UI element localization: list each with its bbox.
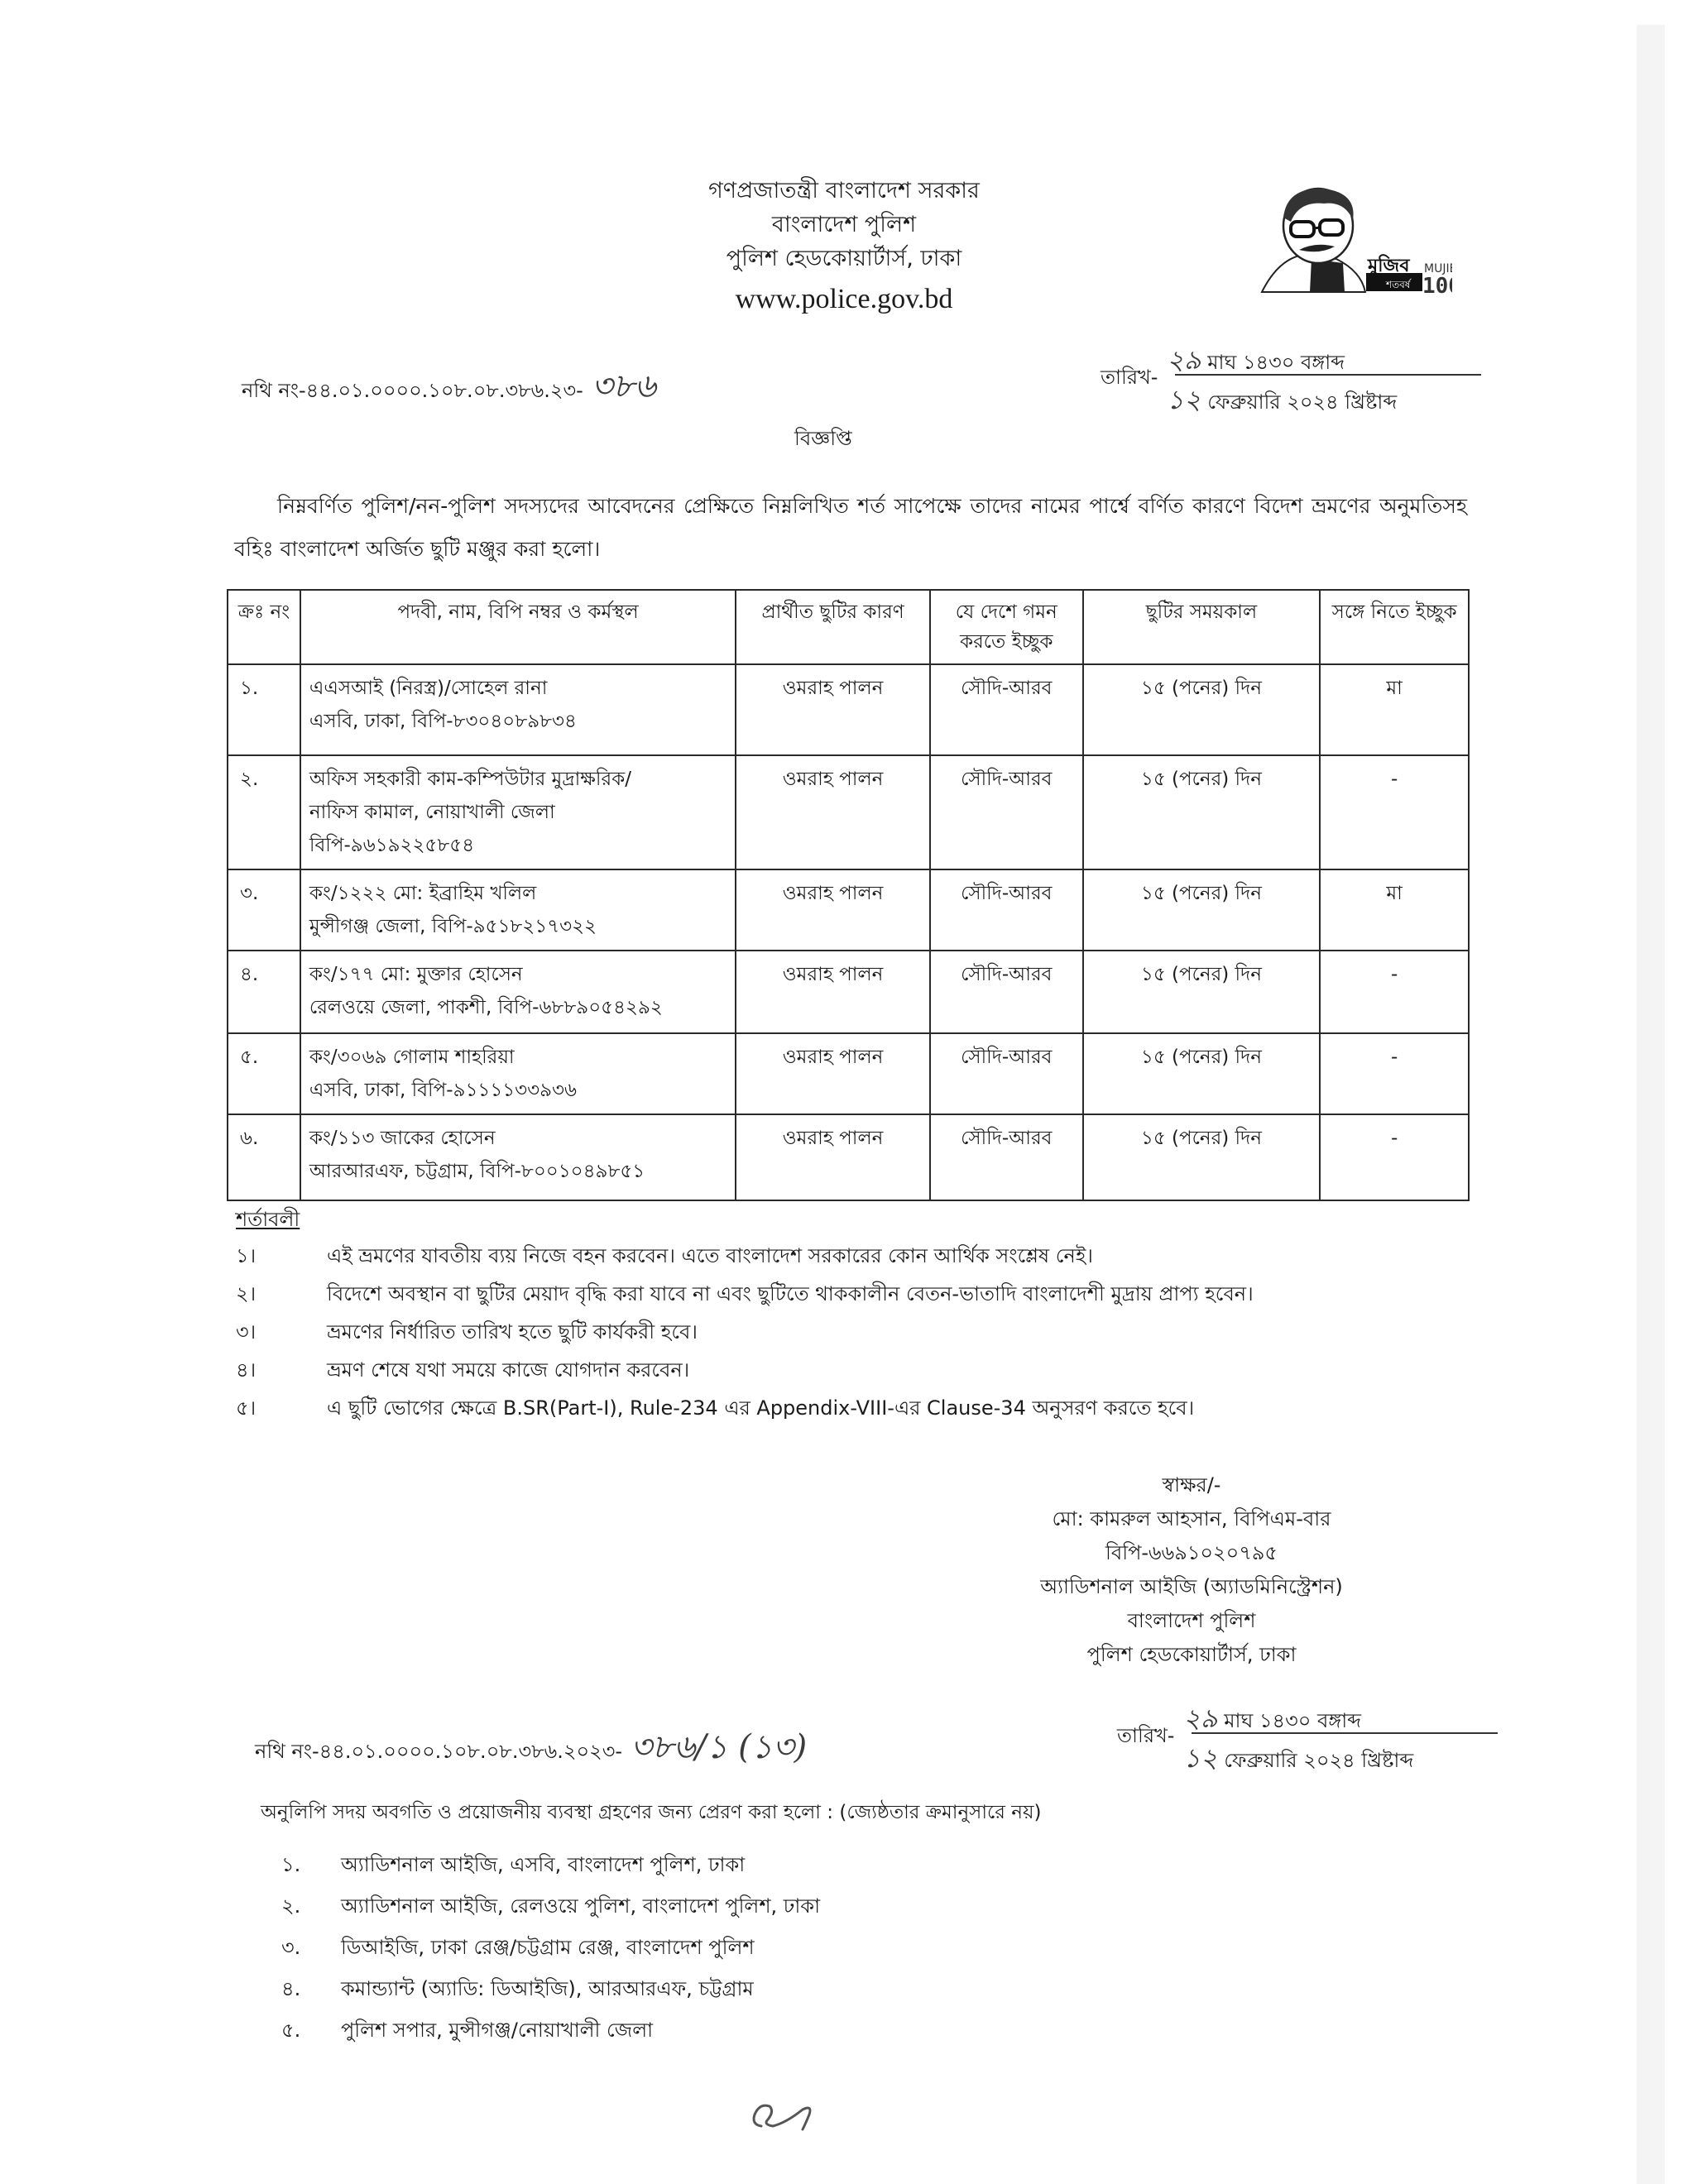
table-row: ৬.কং/১১৩ জাকের হোসেনআরআরএফ, চট্টগ্রাম, ব… (228, 1114, 1469, 1200)
memo2-label: নথি নং-৪৪.০১.০০০০.১০৮.০৮.৩৮৬.২০২৩- (255, 1740, 622, 1763)
cell-country: সৌদি-আরব (930, 1114, 1083, 1200)
recipient-text: অ্যাডিশনাল আইজি, রেলওয়ে পুলিশ, বাংলাদেশ… (341, 1894, 820, 1918)
cell-serial: ৪. (228, 951, 300, 1033)
header-reason: প্রার্থীত ছুটির কারণ (736, 590, 930, 664)
header-details: পদবী, নাম, বিপি নম্বর ও কর্মস্থল (300, 590, 736, 664)
cell-details: অফিস সহকারী কাম-কম্পিউটার মুদ্রাক্ষরিক/ন… (300, 755, 736, 869)
cell-serial: ৬. (228, 1114, 300, 1200)
cell-reason: ওমরাহ পালন (736, 1114, 930, 1200)
date-label: তারিখ- (1101, 362, 1158, 395)
cell-details: কং/১১৩ জাকের হোসেনআরআরএফ, চট্টগ্রাম, বিপ… (300, 1114, 736, 1200)
recipient-text: অ্যাডিশনাল আইজি, এসবি, বাংলাদেশ পুলিশ, ঢ… (341, 1853, 745, 1876)
recipient-text: ডিআইজি, ঢাকা রেঞ্জ/চট্টগ্রাম রেঞ্জ, বাংল… (341, 1936, 755, 1959)
table-row: ৫.কং/৩০৬৯ গোলাম শাহরিয়াএসবি, ঢাকা, বিপি… (228, 1033, 1469, 1114)
table-header-row: ক্রঃ নং পদবী, নাম, বিপি নম্বর ও কর্মস্থল… (228, 590, 1469, 664)
condition-number: ৩। (236, 1317, 327, 1350)
header-serial: ক্রঃ নং (228, 590, 300, 664)
date-bangla-handwritten: ২৯ (1167, 344, 1201, 376)
cell-duration: ১৫ (পনের) দিন (1083, 951, 1321, 1033)
recipient-number: ৩. (281, 1933, 341, 1966)
recipient-number: ৫. (281, 2015, 341, 2048)
logo-bangla-text: মুজিব (1367, 254, 1410, 277)
date-english-handwritten: ১২ (1167, 384, 1201, 415)
cell-duration: ১৫ (পনের) দিন (1083, 664, 1321, 755)
cell-reason: ওমরাহ পালন (736, 951, 930, 1033)
detail-line: অফিস সহকারী কাম-কম্পিউটার মুদ্রাক্ষরিক/ (309, 763, 727, 796)
office-name: পুলিশ হেডকোয়ার্টার্স, ঢাকা (629, 242, 1059, 275)
detail-line: কং/৩০৬৯ গোলাম শাহরিয়া (309, 1041, 727, 1074)
copy-recipient: ৪.কমান্ড্যান্ট (অ্যাডি: ডিআইজি), আরআরএফ,… (281, 1974, 754, 2007)
detail-line: কং/১২২২ মো: ইব্রাহিম খলিল (309, 877, 727, 910)
government-name: গণপ্রজাতন্ত্রী বাংলাদেশ সরকার (629, 174, 1059, 208)
cell-companion: - (1320, 1033, 1469, 1114)
date2-bangla-handwritten: ২৯ (1183, 1703, 1218, 1734)
date2-divider (1192, 1732, 1498, 1734)
cell-details: কং/১২২২ মো: ইব্রাহিম খলিলমুন্সীগঞ্জ জেলা… (300, 869, 736, 951)
condition-item: ৫।এ ছুটি ভোগের ক্ষেত্রে B.SR(Part-I), Ru… (236, 1393, 1194, 1426)
cell-reason: ওমরাহ পালন (736, 755, 930, 869)
date-divider (1175, 374, 1481, 376)
memo-number: নথি নং-৪৪.০১.০০০০.১০৮.০৮.৩৮৬.২৩-৩৮৬ (242, 360, 656, 415)
copy-recipient: ১.অ্যাডিশনাল আইজি, এসবি, বাংলাদেশ পুলিশ,… (281, 1850, 745, 1883)
signature-block: স্বাক্ষর/- মো: কামরুল আহসান, বিপিএম-বার … (976, 1468, 1407, 1672)
cell-duration: ১৫ (পনের) দিন (1083, 1114, 1321, 1200)
scan-edge-shadow (1637, 25, 1665, 2184)
detail-line: এসবি, ঢাকা, বিপি-৮৩০৪০৮৯৮৩৪ (309, 705, 727, 738)
condition-text: এই ভ্রমণের যাবতীয় ব্যয় নিজে বহন করবেন।… (327, 1244, 1093, 1267)
cell-country: সৌদি-আরব (930, 951, 1083, 1033)
condition-number: ৪। (236, 1355, 327, 1388)
date-english: ফেব্রুয়ারি ২০২৪ খ্রিষ্টাব্দ (1207, 390, 1397, 414)
header-companion: সঙ্গে নিতে ইচ্ছুক (1320, 590, 1469, 664)
condition-item: ২।বিদেশে অবস্থান বা ছুটির মেয়াদ বৃদ্ধি … (236, 1279, 1254, 1312)
department-name: বাংলাদেশ পুলিশ (629, 208, 1059, 242)
cell-country: সৌদি-আরব (930, 869, 1083, 951)
condition-number: ২। (236, 1279, 327, 1312)
cell-serial: ৩. (228, 869, 300, 951)
recipient-number: ১. (281, 1850, 341, 1883)
date2-label: তারিখ- (1117, 1721, 1174, 1754)
date2-english: ফেব্রুয়ারি ২০২৪ খ্রিষ্টাব্দ (1224, 1749, 1413, 1772)
copy-recipient: ৫.পুলিশ সপার, মুন্সীগঞ্জ/নোয়াখালী জেলা (281, 2015, 653, 2048)
mujib-100-logo-icon: মুজিব শতবর্ষ MUJIB 100 (1245, 180, 1452, 296)
detail-line: মুন্সীগঞ্জ জেলা, বিপি-৯৫১৮২১৭৩২২ (309, 910, 727, 943)
memo-handwritten-number: ৩৮৬ (592, 367, 656, 405)
cell-details: এএসআই (নিরস্ত্র)/সোহেল রানাএসবি, ঢাকা, ব… (300, 664, 736, 755)
cell-details: কং/১৭৭ মো: মুক্তার হোসেনরেলওয়ে জেলা, পা… (300, 951, 736, 1033)
cell-reason: ওমরাহ পালন (736, 664, 930, 755)
date2-english-handwritten: ১২ (1183, 1742, 1218, 1774)
initials-signature-icon (745, 2093, 836, 2143)
memo2-handwritten-number: ৩৮৬/১ (১৩) (631, 1728, 807, 1766)
condition-text: ভ্রমণের নির্ধারিত তারিখ হতে ছুটি কার্যকর… (327, 1320, 698, 1343)
signatory-designation: অ্যাডিশনাল আইজি (অ্যাডমিনিস্ট্রেশন) (976, 1570, 1407, 1604)
signatory-name: মো: কামরুল আহসান, বিপিএম-বার (976, 1502, 1407, 1536)
cell-serial: ১. (228, 664, 300, 755)
cell-country: সৌদি-আরব (930, 1033, 1083, 1114)
cell-serial: ২. (228, 755, 300, 869)
date2-bangla: মাঘ ১৪৩০ বঙ্গাব্দ (1224, 1709, 1361, 1732)
memo2-number: নথি নং-৪৪.০১.০০০০.১০৮.০৮.৩৮৬.২০২৩-৩৮৬/১ … (255, 1721, 807, 1776)
table-row: ২.অফিস সহকারী কাম-কম্পিউটার মুদ্রাক্ষরিক… (228, 755, 1469, 869)
website-link[interactable]: www.police.gov.bd (629, 279, 1059, 320)
table-row: ৩.কং/১২২২ মো: ইব্রাহিম খলিলমুন্সীগঞ্জ জে… (228, 869, 1469, 951)
cell-companion: - (1320, 951, 1469, 1033)
header-country: যে দেশে গমন করতে ইচ্ছুক (930, 590, 1083, 664)
memo-date: তারিখ- ২৯ মাঘ ১৪৩০ বঙ্গাব্দ ১২ ফেব্রুয়া… (1101, 339, 1489, 422)
copy-intro: অনুলিপি সদয় অবগতি ও প্রয়োজনীয় ব্যবস্থ… (261, 1797, 1042, 1829)
detail-line: এসবি, ঢাকা, বিপি-৯১১১১৩৩৯৩৬ (309, 1074, 727, 1107)
detail-line: কং/১৭৭ মো: মুক্তার হোসেন (309, 958, 727, 991)
detail-line: এএসআই (নিরস্ত্র)/সোহেল রানা (309, 672, 727, 705)
condition-item: ১।এই ভ্রমণের যাবতীয় ব্যয় নিজে বহন করবে… (236, 1241, 1093, 1274)
copy-recipient: ২.অ্যাডিশনাল আইজি, রেলওয়ে পুলিশ, বাংলাদ… (281, 1891, 820, 1924)
signatory-bp: বিপি-৬৬৯১০২০৭৯৫ (976, 1536, 1407, 1570)
condition-item: ৩।ভ্রমণের নির্ধারিত তারিখ হতে ছুটি কার্য… (236, 1317, 698, 1350)
cell-serial: ৫. (228, 1033, 300, 1114)
condition-number: ১। (236, 1241, 327, 1274)
recipient-text: পুলিশ সপার, মুন্সীগঞ্জ/নোয়াখালী জেলা (341, 2019, 653, 2042)
cell-details: কং/৩০৬৯ গোলাম শাহরিয়াএসবি, ঢাকা, বিপি-৯… (300, 1033, 736, 1114)
cell-companion: - (1320, 755, 1469, 869)
notice-title: বিজ্ঞপ্তি (794, 424, 852, 457)
detail-line: রেলওয়ে জেলা, পাকশী, বিপি-৬৮৮৯০৫৪২৯২ (309, 991, 727, 1024)
signatory-office: পুলিশ হেডকোয়ার্টার্স, ঢাকা (976, 1638, 1407, 1672)
recipient-text: কমান্ড্যান্ট (অ্যাডি: ডিআইজি), আরআরএফ, চ… (341, 1977, 754, 2000)
leave-grant-table: ক্রঃ নং পদবী, নাম, বিপি নম্বর ও কর্মস্থল… (227, 589, 1470, 1201)
letterhead: গণপ্রজাতন্ত্রী বাংলাদেশ সরকার বাংলাদেশ প… (629, 174, 1059, 320)
cell-companion: মা (1320, 664, 1469, 755)
recipient-number: ৪. (281, 1974, 341, 2007)
cell-country: সৌদি-আরব (930, 755, 1083, 869)
condition-number: ৫। (236, 1393, 327, 1426)
cell-reason: ওমরাহ পালন (736, 869, 930, 951)
logo-english-num: 100 (1422, 274, 1452, 296)
header-duration: ছুটির সময়কাল (1083, 590, 1321, 664)
memo-label: নথি নং-৪৪.০১.০০০০.১০৮.০৮.৩৮৬.২৩- (242, 379, 583, 402)
cell-duration: ১৫ (পনের) দিন (1083, 755, 1321, 869)
logo-bangla-sub: শতবর্ষ (1385, 279, 1412, 290)
detail-line: বিপি-৯৬১৯২২৫৮৫৪ (309, 829, 727, 862)
cell-duration: ১৫ (পনের) দিন (1083, 1033, 1321, 1114)
date-bangla: মাঘ ১৪৩০ বঙ্গাব্দ (1207, 351, 1345, 374)
cell-duration: ১৫ (পনের) দিন (1083, 869, 1321, 951)
detail-line: কং/১১৩ জাকের হোসেন (309, 1122, 727, 1155)
memo2-date: তারিখ- ২৯ মাঘ ১৪৩০ বঙ্গাব্দ ১২ ফেব্রুয়া… (1117, 1698, 1506, 1780)
cell-country: সৌদি-আরব (930, 664, 1083, 755)
cell-reason: ওমরাহ পালন (736, 1033, 930, 1114)
signed-mark: স্বাক্ষর/- (976, 1468, 1407, 1502)
cell-companion: মা (1320, 869, 1469, 951)
copy-recipient: ৩.ডিআইজি, ঢাকা রেঞ্জ/চট্টগ্রাম রেঞ্জ, বা… (281, 1933, 755, 1966)
condition-item: ৪।ভ্রমণ শেষে যথা সময়ে কাজে যোগদান করবেন… (236, 1355, 689, 1388)
condition-text: বিদেশে অবস্থান বা ছুটির মেয়াদ বৃদ্ধি কর… (327, 1282, 1254, 1305)
cell-companion: - (1320, 1114, 1469, 1200)
table-row: ১.এএসআই (নিরস্ত্র)/সোহেল রানাএসবি, ঢাকা,… (228, 664, 1469, 755)
detail-line: আরআরএফ, চট্টগ্রাম, বিপি-৮০০১০৪৯৮৫১ (309, 1155, 727, 1188)
condition-text: ভ্রমণ শেষে যথা সময়ে কাজে যোগদান করবেন। (327, 1358, 689, 1382)
condition-text: এ ছুটি ভোগের ক্ষেত্রে B.SR(Part-I), Rule… (327, 1396, 1194, 1420)
recipient-number: ২. (281, 1891, 341, 1924)
conditions-title: শর্তাবলী (236, 1205, 300, 1238)
signatory-org: বাংলাদেশ পুলিশ (976, 1604, 1407, 1638)
table-row: ৪.কং/১৭৭ মো: মুক্তার হোসেনরেলওয়ে জেলা, … (228, 951, 1469, 1033)
notice-intro: নিম্নবর্ণিত পুলিশ/নন-পুলিশ সদস্যদের আবেদ… (234, 485, 1467, 571)
detail-line: নাফিস কামাল, নোয়াখালী জেলা (309, 796, 727, 829)
